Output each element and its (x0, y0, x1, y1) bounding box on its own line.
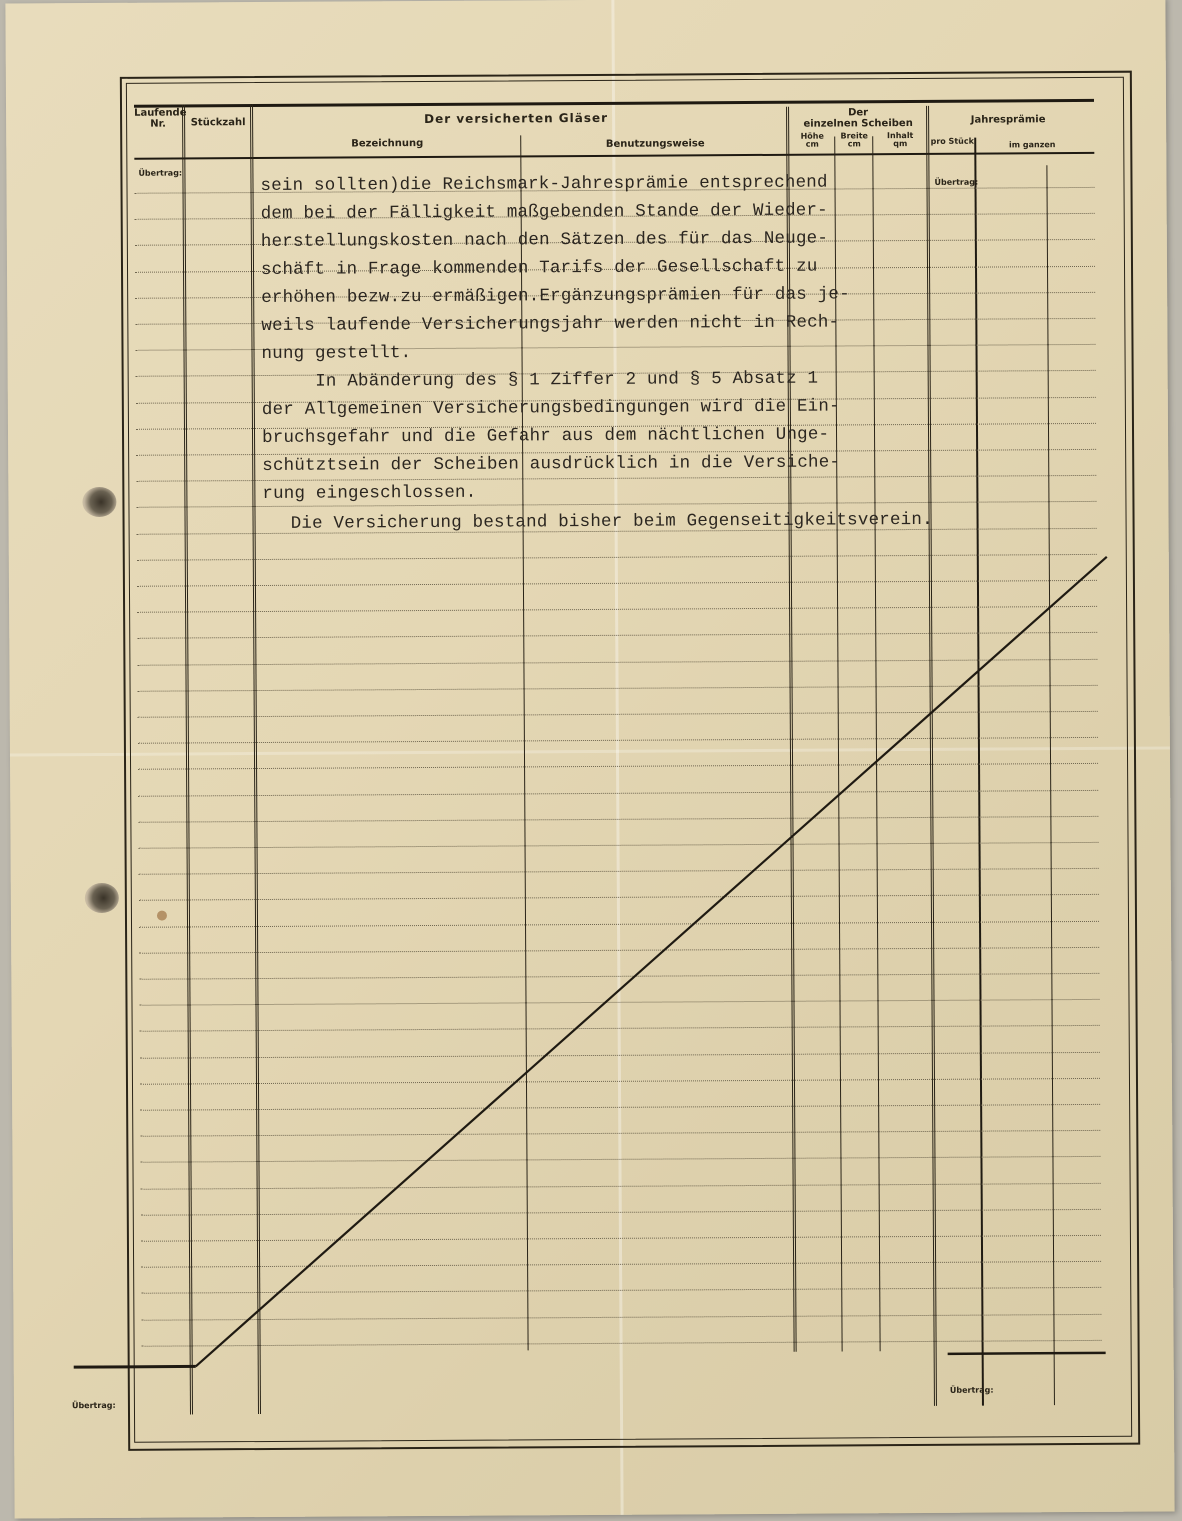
document-sheet: Laufende Nr. Stückzahl Der versicherten … (5, 0, 1174, 1519)
header-stueckzahl: Stückzahl (186, 118, 250, 129)
typed-line: Die Versicherung bestand bisher beim Geg… (258, 506, 932, 538)
header-jahrespraemie: Jahresprämie (930, 115, 1086, 126)
punch-hole-bottom (85, 883, 119, 913)
typed-line: herstellungskosten nach den Sätzen des f… (261, 225, 828, 256)
typed-line: rung eingeschlossen. (262, 479, 476, 508)
typewritten-text: sein sollten)die Reichsmark-Jahresprämie… (5, 0, 1165, 4)
punch-hole-top (82, 487, 116, 517)
header-inhalt: Inhaltqm (874, 132, 926, 149)
typed-line: schäft in Frage kommenden Tarifs der Ges… (261, 253, 818, 284)
ruled-lines (5, 0, 1165, 4)
header-versicherte-glaeser: Der versicherten Gläser (306, 111, 726, 126)
paper-stain (157, 911, 167, 921)
header-breite-unit: cm (848, 140, 861, 149)
typed-line: dem bei der Fälligkeit maßgebenden Stand… (261, 197, 828, 228)
header-im-ganzen: im ganzen (978, 141, 1086, 150)
header-pro-stueck: pro Stück (930, 138, 974, 147)
typed-line: nung gestellt. (261, 339, 411, 368)
header-breite: Breitecm (836, 132, 872, 149)
header-benutzungsweise: Benutzungsweise (524, 139, 786, 151)
uebertrag-label-top-left: Übertrag: (138, 168, 182, 177)
header-hoehe-unit: cm (806, 140, 819, 149)
typed-line: schütztsein der Scheiben ausdrücklich in… (262, 448, 840, 480)
uebertrag-label-top-right: Übertrag: (934, 178, 978, 187)
header-laufende-nr: Laufende Nr. (134, 108, 182, 129)
typed-line: erhöhen bezw.zu ermäßigen.Ergänzungspräm… (261, 280, 850, 312)
header-inhalt-unit: qm (893, 139, 907, 148)
typed-line: weils laufende Versicherungsjahr werden … (261, 308, 839, 340)
header-einzelnen-scheiben: einzelnen Scheiben (790, 119, 926, 130)
typed-line: der Allgemeinen Versicherungsbedingungen… (262, 392, 840, 424)
header-bezeichnung: Bezeichnung (254, 138, 520, 150)
uebertrag-label-bottom-left: Übertrag: (72, 1401, 116, 1410)
typed-line: bruchsgefahr und die Gefahr aus dem näch… (262, 421, 829, 452)
typed-line: In Abänderung des § 1 Ziffer 2 und § 5 A… (262, 365, 819, 396)
header-hoehe: Höhecm (790, 132, 834, 149)
uebertrag-label-bottom-right: Übertrag: (950, 1386, 994, 1395)
typed-line: sein sollten)die Reichsmark-Jahresprämie… (260, 169, 827, 200)
